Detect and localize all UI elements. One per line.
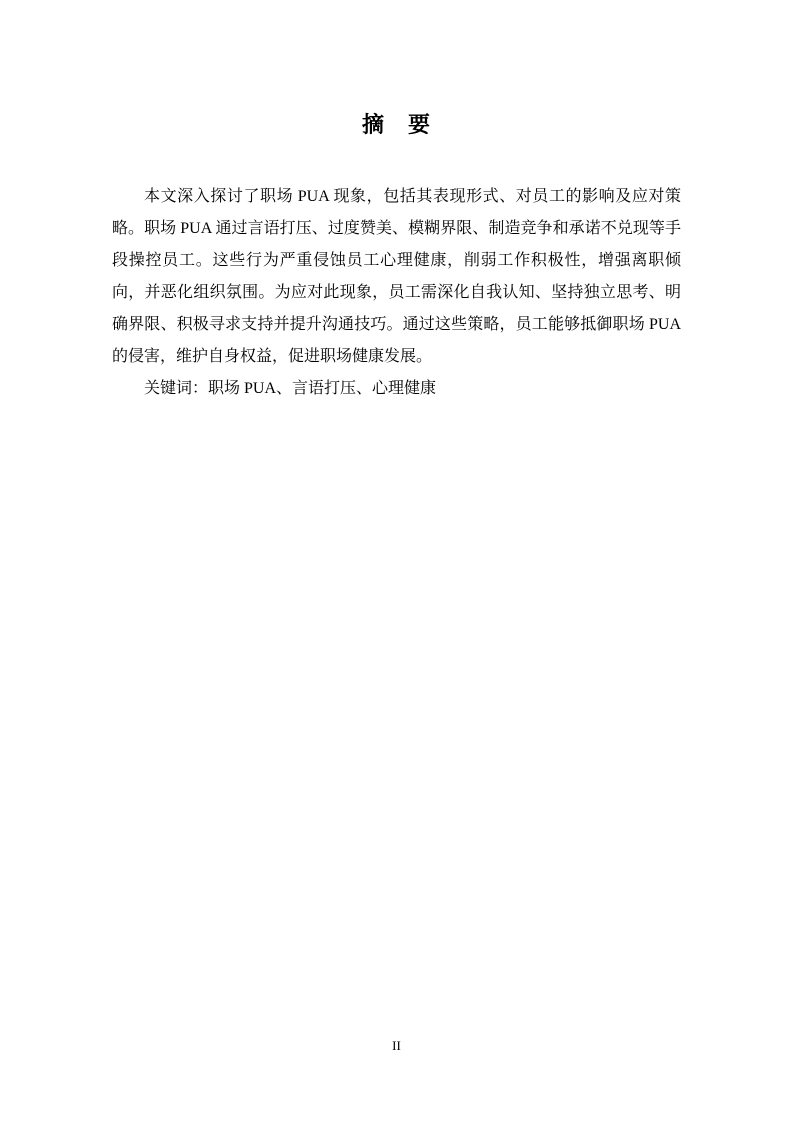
abstract-paragraph: 本文深入探讨了职场 PUA 现象，包括其表现形式、对员工的影响及应对策略。职场 … xyxy=(112,181,681,373)
page-number: II xyxy=(0,1039,793,1053)
keywords-line: 关键词：职场 PUA、言语打压、心理健康 xyxy=(112,373,681,405)
document-page: 摘 要 本文深入探讨了职场 PUA 现象，包括其表现形式、对员工的影响及应对策略… xyxy=(0,0,793,1122)
abstract-body: 本文深入探讨了职场 PUA 现象，包括其表现形式、对员工的影响及应对策略。职场 … xyxy=(112,181,681,405)
abstract-title: 摘 要 xyxy=(0,0,793,137)
